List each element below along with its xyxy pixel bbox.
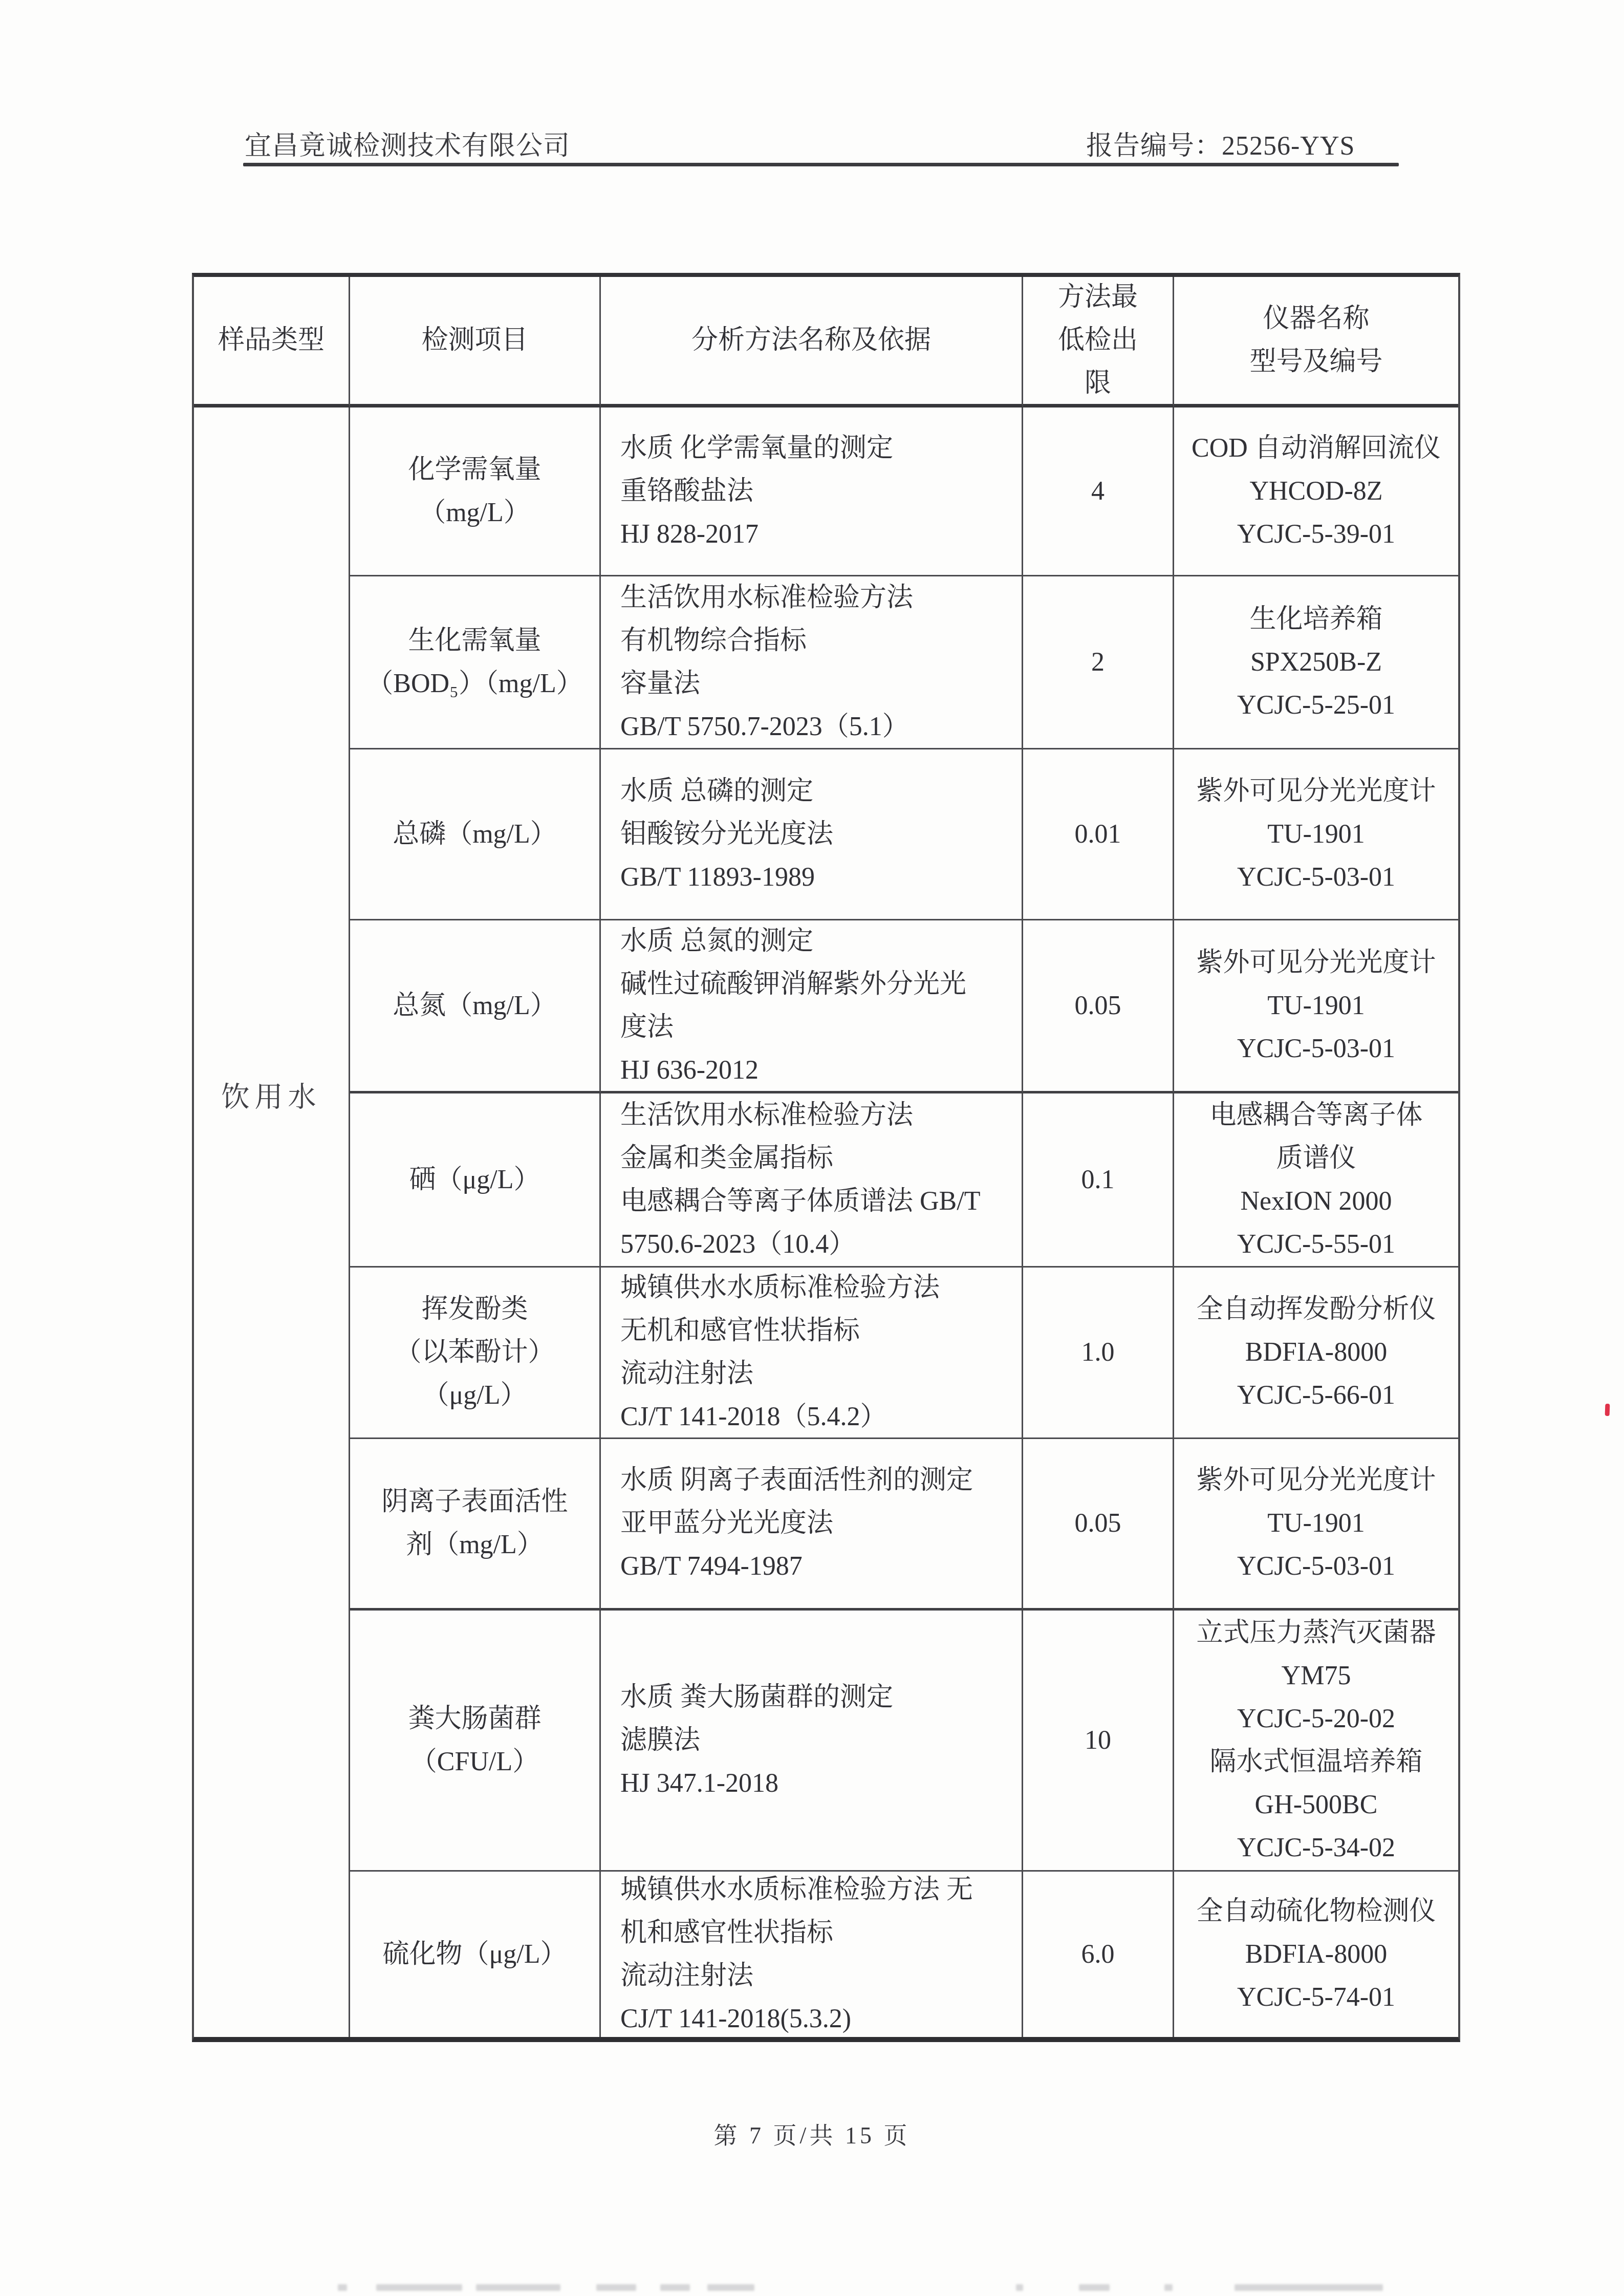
- limit-cell: 0.05: [1023, 920, 1174, 1093]
- instrument-cell: 电感耦合等离子体 质谱仪 NexION 2000 YCJC-5-55-01: [1174, 1093, 1458, 1268]
- bleed-fragment: [1235, 2284, 1383, 2291]
- method-cell: 水质 阴离子表面活性剂的测定 亚甲蓝分光光度法 GB/T 7494-1987: [601, 1439, 1023, 1611]
- limit-cell: 1.0: [1023, 1268, 1174, 1439]
- instrument-cell: 生化培养箱 SPX250B-Z YCJC-5-25-01: [1174, 576, 1458, 749]
- bleed-fragment: [476, 2284, 560, 2291]
- item-cell: 挥发酚类 （以苯酚计） （μg/L）: [350, 1268, 601, 1439]
- limit-cell: 0.05: [1023, 1439, 1174, 1611]
- instrument-cell: 全自动硫化物检测仪 BDFIA-8000 YCJC-5-74-01: [1174, 1872, 1458, 2037]
- header-rule: [243, 163, 1399, 166]
- limit-cell: 0.01: [1023, 749, 1174, 920]
- col-header-instrument: 仪器名称 型号及编号: [1174, 277, 1458, 407]
- page-bleed-artifact: [0, 2283, 1624, 2293]
- col-header-limit: 方法最 低检出 限: [1023, 277, 1174, 407]
- report-number: 报告编号：25256-YYS: [1086, 124, 1355, 162]
- instrument-cell: 立式压力蒸汽灭菌器 YM75 YCJC-5-20-02 隔水式恒温培养箱 GH-…: [1174, 1611, 1458, 1872]
- item-cell: 生化需氧量 （BOD₅）（mg/L）: [350, 576, 601, 749]
- bleed-fragment: [376, 2284, 462, 2291]
- instrument-cell: 全自动挥发酚分析仪 BDFIA-8000 YCJC-5-66-01: [1174, 1268, 1458, 1439]
- instrument-cell: 紫外可见分光光度计 TU-1901 YCJC-5-03-01: [1174, 749, 1458, 920]
- company-name: 宜昌竟诚检测技术有限公司: [245, 124, 570, 162]
- item-cell: 硒（μg/L）: [350, 1093, 601, 1268]
- method-cell: 城镇供水水质标准检验方法 无机和感官性状指标 流动注射法 CJ/T 141-20…: [601, 1268, 1023, 1439]
- sample-type-cell: 饮用水: [194, 407, 350, 2037]
- method-cell: 生活饮用水标准检验方法 金属和类金属指标 电感耦合等离子体质谱法 GB/T 57…: [601, 1093, 1023, 1268]
- report-number-label: 报告编号：: [1086, 132, 1222, 161]
- item-cell: 总氮（mg/L）: [350, 920, 601, 1093]
- limit-cell: 10: [1023, 1611, 1174, 1872]
- report-number-value: 25256-YYS: [1222, 132, 1355, 161]
- method-cell: 水质 化学需氧量的测定 重铬酸盐法 HJ 828-2017: [601, 407, 1023, 576]
- col-header-method: 分析方法名称及依据: [601, 277, 1023, 407]
- sample-type-label: 饮用水: [194, 1076, 349, 1119]
- method-cell: 生活饮用水标准检验方法 有机物综合指标 容量法 GB/T 5750.7-2023…: [601, 576, 1023, 749]
- col-header-sample-type: 样品类型: [194, 277, 350, 407]
- method-cell: 水质 总磷的测定 钼酸铵分光光度法 GB/T 11893-1989: [601, 749, 1023, 920]
- col-header-item: 检测项目: [350, 277, 601, 407]
- item-cell: 阴离子表面活性 剂（mg/L）: [350, 1439, 601, 1611]
- instrument-cell: 紫外可见分光光度计 TU-1901 YCJC-5-03-01: [1174, 920, 1458, 1093]
- method-cell: 水质 总氮的测定 碱性过硫酸钾消解紫外分光光 度法 HJ 636-2012: [601, 920, 1023, 1093]
- bleed-fragment: [596, 2284, 636, 2291]
- item-cell: 硫化物（μg/L）: [350, 1872, 601, 2037]
- instrument-cell: COD 自动消解回流仪 YHCOD-8Z YCJC-5-39-01: [1174, 407, 1458, 576]
- methods-table: 样品类型 检测项目 分析方法名称及依据 方法最 低检出 限 仪器名称 型号及编号…: [192, 273, 1460, 2042]
- limit-cell: 6.0: [1023, 1872, 1174, 2037]
- bleed-fragment: [1079, 2284, 1110, 2291]
- item-cell: 总磷（mg/L）: [350, 749, 601, 920]
- red-ink-mark: [1605, 1404, 1610, 1416]
- item-cell: 化学需氧量 （mg/L）: [350, 407, 601, 576]
- method-cell: 城镇供水水质标准检验方法 无 机和感官性状指标 流动注射法 CJ/T 141-2…: [601, 1872, 1023, 2037]
- page-number: 第 7 页/共 15 页: [0, 2117, 1624, 2151]
- scanned-report-page: 宜昌竟诚检测技术有限公司 报告编号：25256-YYS 样品类型 检测项目 分析…: [0, 0, 1624, 2296]
- bleed-fragment: [338, 2284, 347, 2291]
- limit-cell: 0.1: [1023, 1093, 1174, 1268]
- bleed-fragment: [660, 2284, 690, 2291]
- bleed-fragment: [1164, 2284, 1173, 2291]
- bleed-fragment: [1016, 2284, 1023, 2291]
- limit-cell: 2: [1023, 576, 1174, 749]
- method-cell: 水质 粪大肠菌群的测定 滤膜法 HJ 347.1-2018: [601, 1611, 1023, 1872]
- item-cell: 粪大肠菌群 （CFU/L）: [350, 1611, 601, 1872]
- bleed-fragment: [707, 2284, 754, 2291]
- instrument-cell: 紫外可见分光光度计 TU-1901 YCJC-5-03-01: [1174, 1439, 1458, 1611]
- limit-cell: 4: [1023, 407, 1174, 576]
